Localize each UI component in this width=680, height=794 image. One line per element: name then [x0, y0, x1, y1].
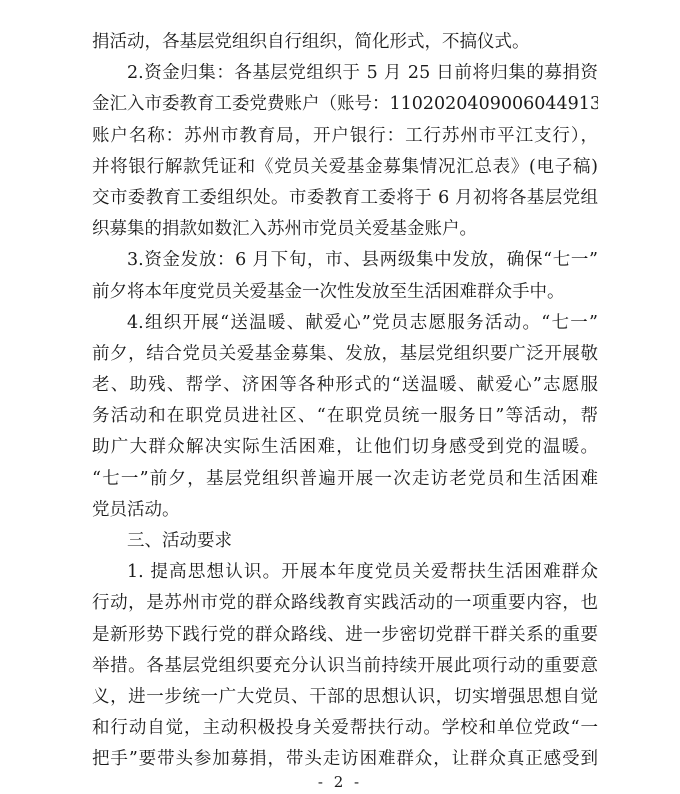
- text-line: 前夕，结合党员关爱基金募集、发放，基层党组织要广泛开展敬: [92, 339, 598, 370]
- text-line: 助广大群众解决实际生活困难，让他们切身感受到党的温暖。: [92, 432, 598, 463]
- text-line: 务活动和在职党员进社区、“在职党员统一服务日”等活动，帮: [92, 401, 598, 432]
- text-line: 是新形势下践行党的群众路线、进一步密切党群干群关系的重要: [92, 620, 598, 651]
- text-line: 账户名称：苏州市教育局，开户银行：工行苏州市平江支行），: [92, 121, 598, 152]
- text-line: 3.资金发放：6 月下旬，市、县两级集中发放，确保“七一”: [92, 245, 598, 276]
- text-line: 4.组织开展“送温暖、献爱心”党员志愿服务活动。“七一”: [92, 308, 598, 339]
- text-line: 和行动自觉，主动积极投身关爱帮扶行动。学校和单位党政“一: [92, 713, 598, 744]
- text-line: 举措。各基层党组织要充分认识当前持续开展此项行动的重要意: [92, 651, 598, 682]
- text-line: 捐活动，各基层党组织自行组织，简化形式，不搞仪式。: [92, 27, 598, 58]
- text-line: 交市委教育工委组织处。市委教育工委将于 6 月初将各基层党组: [92, 183, 598, 214]
- page-number: - 2 -: [0, 773, 680, 791]
- text-line: 老、助残、帮学、济困等各种形式的“送温暖、献爱心”志愿服: [92, 370, 598, 401]
- text-line: 义，进一步统一广大党员、干部的思想认识，切实增强思想自觉: [92, 682, 598, 713]
- text-line: 党员活动。: [92, 495, 598, 526]
- text-line: 并将银行解款凭证和《党员关爱基金募集情况汇总表》(电子稿): [92, 152, 598, 183]
- document-page: 捐活动，各基层党组织自行组织，简化形式，不搞仪式。2.资金归集：各基层党组织于 …: [92, 27, 598, 776]
- text-line: 前夕将本年度党员关爱基金一次性发放至生活困难群众手中。: [92, 277, 598, 308]
- text-line: 1. 提高思想认识。开展本年度党员关爱帮扶生活困难群众: [92, 557, 598, 588]
- section-heading: 三、活动要求: [92, 526, 598, 557]
- text-line: 金汇入市委教育工委党费账户（账号：1102020409006044913，: [92, 89, 598, 120]
- text-line: 2.资金归集：各基层党组织于 5 月 25 日前将归集的募捐资: [92, 58, 598, 89]
- text-line: “七一”前夕，基层党组织普遍开展一次走访老党员和生活困难: [92, 464, 598, 495]
- text-line: 行动，是苏州市党的群众路线教育实践活动的一项重要内容，也: [92, 588, 598, 619]
- text-line: 把手”要带头参加募捐，带头走访困难群众，让群众真正感受到: [92, 744, 598, 775]
- text-line: 织募集的捐款如数汇入苏州市党员关爱基金账户。: [92, 214, 598, 245]
